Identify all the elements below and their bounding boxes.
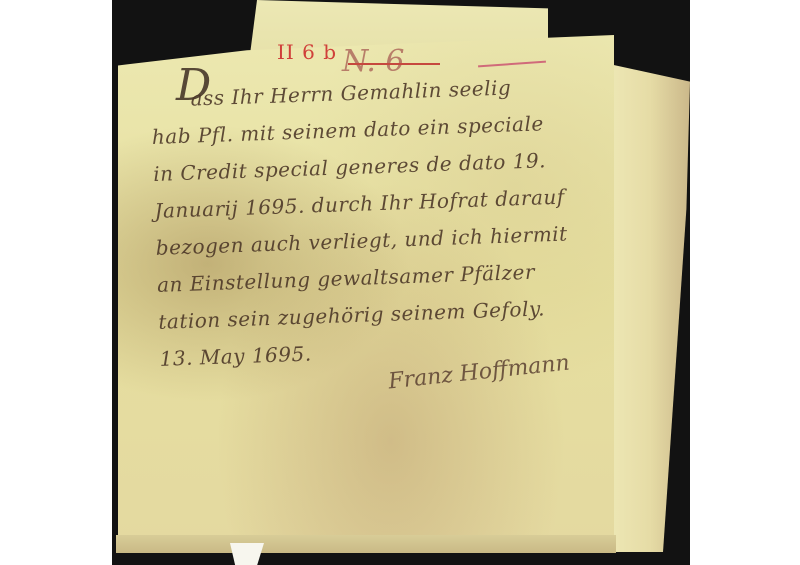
- strikethrough-line: [348, 63, 440, 65]
- archive-shelfmark: II 6 b: [277, 40, 337, 64]
- handwritten-text: ass Ihr Herrn Gemahlin seelig hab Pfl. m…: [150, 66, 610, 378]
- photo-stage: II 6 b N. 6 D ass Ihr Herrn Gemahlin see…: [0, 0, 800, 565]
- folded-sheet-bottom-edge: [116, 535, 616, 553]
